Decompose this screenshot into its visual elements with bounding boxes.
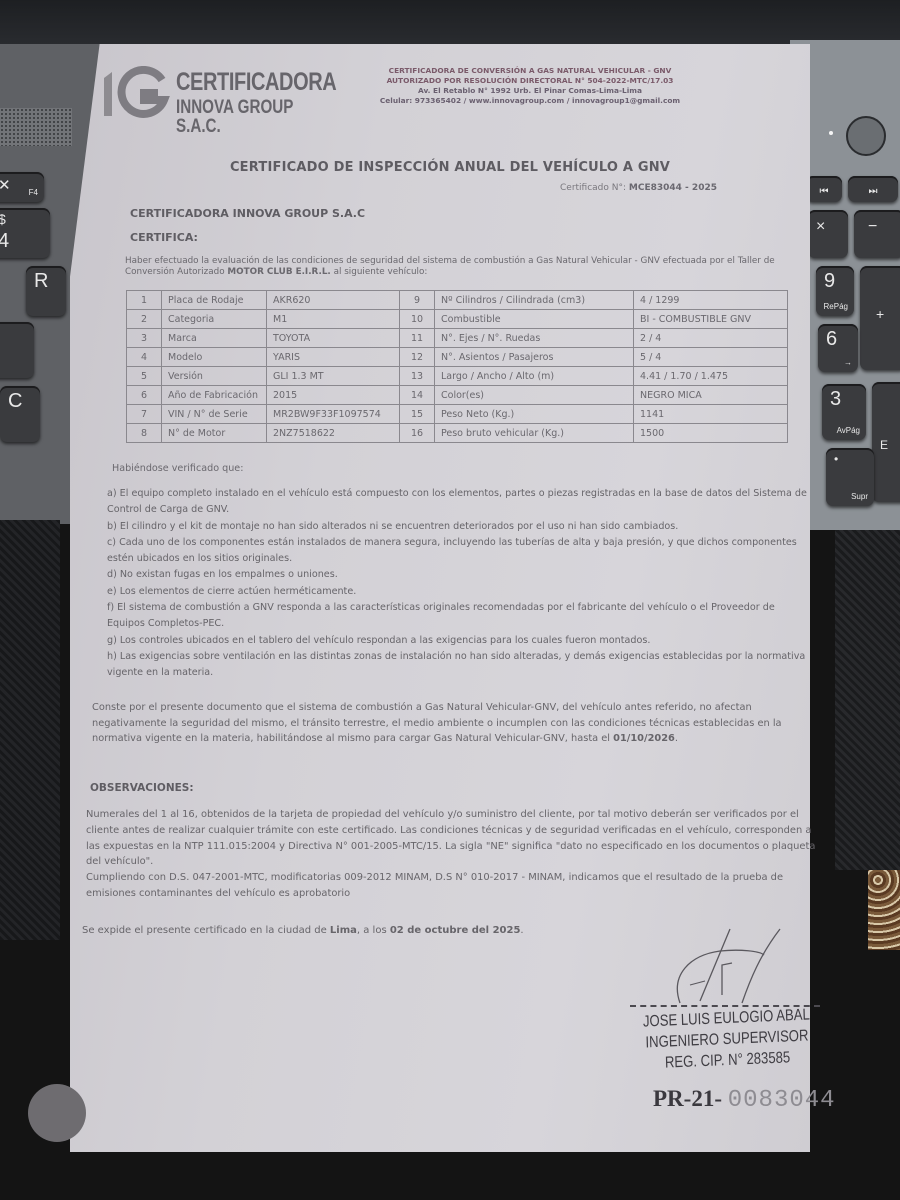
field-label: Color(es) [435, 386, 634, 405]
row-number: 9 [400, 291, 435, 310]
header-address: Av. El Retablo N° 1992 Urb. El Pinar Com… [360, 86, 700, 96]
table-row: 1Placa de RodajeAKR6209Nº Cilindros / Ci… [127, 291, 788, 310]
certifica-heading: CERTIFICA: [130, 231, 198, 244]
table-row: 6Año de Fabricación201514Color(es)NEGRO … [127, 386, 788, 405]
verification-lead: Habiéndose verificado que: [112, 463, 243, 474]
serial-value: 0083044 [728, 1087, 836, 1114]
key-label: • [834, 452, 838, 466]
company-logo: CERTIFICADORA INNOVA GROUP S.A.C. [100, 66, 290, 120]
verification-item: b) El cilindro y el kit de montaje no ha… [107, 519, 807, 535]
key-r: R [26, 266, 66, 316]
field-label: Marca [162, 329, 267, 348]
serial-prefix: PR-21- [653, 1086, 722, 1111]
field-label: Año de Fabricación [162, 386, 267, 405]
key-3: 3 AvPág [822, 384, 866, 440]
row-number: 8 [127, 424, 162, 443]
field-value: 2015 [267, 386, 400, 405]
key-sublabel: Supr [851, 492, 868, 501]
verification-item: d) No existan fugas en los empalmes o un… [107, 567, 807, 583]
carbon-surface [0, 520, 60, 940]
field-value: GLI 1.3 MT [267, 367, 400, 386]
serial-number: PR-21- 0083044 [653, 1086, 836, 1114]
row-number: 16 [400, 424, 435, 443]
field-value: NEGRO MICA [634, 386, 788, 405]
row-number: 2 [127, 310, 162, 329]
key-c: C [0, 386, 40, 442]
table-row: 3MarcaTOYOTA11N°. Ejes / N°. Ruedas2 / 4 [127, 329, 788, 348]
field-value: 2 / 4 [634, 329, 788, 348]
issue-statement: Se expide el presente certificado en la … [82, 925, 524, 936]
row-number: 11 [400, 329, 435, 348]
key-multiply: × [808, 210, 848, 258]
field-label: Versión [162, 367, 267, 386]
intro-text: Haber efectuado la evaluación de las con… [125, 256, 775, 277]
field-value: M1 [267, 310, 400, 329]
issue-city: Lima [330, 925, 357, 936]
field-value: TOYOTA [267, 329, 400, 348]
observaciones-paragraph: Numerales del 1 al 16, obtenidos de la t… [86, 807, 826, 870]
intro-paragraph: Haber efectuado la evaluación de las con… [125, 256, 785, 278]
lace-fabric [868, 870, 900, 950]
field-label: N°. Asientos / Pasajeros [435, 348, 634, 367]
key-sublabel: RePág [824, 302, 848, 311]
field-value: 1141 [634, 405, 788, 424]
key-delete: • Supr [826, 448, 874, 506]
speaker-grille [0, 108, 72, 146]
field-label: Placa de Rodaje [162, 291, 267, 310]
key-label: R [34, 270, 48, 293]
logo-wordmark: CERTIFICADORA INNOVA GROUP S.A.C. [176, 70, 336, 136]
issue-text: Se expide el presente certificado en la … [82, 925, 330, 936]
status-led [829, 131, 833, 135]
key-label: − [868, 218, 877, 236]
signature-scribble [660, 925, 790, 1005]
verification-item: f) El sistema de combustión a GNV respon… [107, 600, 807, 633]
field-label: Nº Cilindros / Cilindrada (cm3) [435, 291, 634, 310]
issue-text: , a los [357, 925, 390, 936]
certificate-number: Certificado N°: MCE83044 - 2025 [560, 183, 717, 193]
key-label: 6 [826, 328, 837, 351]
field-value: BI - COMBUSTIBLE GNV [634, 310, 788, 329]
key-sublabel: AvPág [837, 426, 860, 435]
row-number: 15 [400, 405, 435, 424]
key-label: 3 [830, 388, 841, 411]
header-info: CERTIFICADORA DE CONVERSIÓN A GAS NATURA… [360, 66, 700, 106]
verification-item: h) Las exigencias sobre ventilación en l… [107, 649, 807, 682]
ig-logo-icon [100, 66, 170, 120]
verification-item: c) Cada uno de los componentes están ins… [107, 535, 807, 568]
field-value: AKR620 [267, 291, 400, 310]
row-number: 6 [127, 386, 162, 405]
field-label: Combustible [435, 310, 634, 329]
key-6: 6 → [818, 324, 858, 372]
observaciones-heading: OBSERVACIONES: [90, 782, 194, 794]
field-label: VIN / N° de Serie [162, 405, 267, 424]
key-blank [0, 322, 34, 378]
valid-until-date: 01/10/2026 [613, 733, 675, 744]
key-label: 9 [824, 270, 835, 293]
row-number: 7 [127, 405, 162, 424]
key-prev-track: ⏮ [806, 176, 842, 202]
field-value: 2NZ7518622 [267, 424, 400, 443]
field-label: N°. Ejes / N°. Ruedas [435, 329, 634, 348]
intro-text: al siguiente vehículo: [331, 267, 428, 277]
field-value: 5 / 4 [634, 348, 788, 367]
prev-track-icon: ⏮ [806, 186, 842, 197]
row-number: 5 [127, 367, 162, 386]
key-9: 9 RePág [816, 266, 854, 316]
table-row: 5VersiónGLI 1.3 MT13Largo / Ancho / Alto… [127, 367, 788, 386]
conste-end: . [675, 733, 678, 744]
key-label: $ [0, 211, 6, 227]
field-value: MR2BW9F33F1097574 [267, 405, 400, 424]
conste-paragraph: Conste por el presente documento que el … [92, 700, 810, 747]
table-row: 4ModeloYARIS12N°. Asientos / Pasajeros5 … [127, 348, 788, 367]
verification-list: a) El equipo completo instalado en el ve… [107, 486, 807, 682]
certificate-number-value: MCE83044 - 2025 [629, 183, 717, 193]
carbon-surface [835, 530, 900, 870]
laptop-screen-bezel [0, 0, 900, 48]
field-value: 1500 [634, 424, 788, 443]
row-number: 14 [400, 386, 435, 405]
document-title: CERTIFICADO DE INSPECCIÓN ANUAL DEL VEHÍ… [160, 160, 740, 175]
row-number: 12 [400, 348, 435, 367]
field-label: N° de Motor [162, 424, 267, 443]
key-label: + [876, 306, 884, 322]
logo-line-1: CERTIFICADORA [176, 70, 336, 95]
row-number: 1 [127, 291, 162, 310]
field-value: YARIS [267, 348, 400, 367]
next-track-icon: ⏭ [848, 186, 898, 197]
header-info-line: CERTIFICADORA DE CONVERSIÓN A GAS NATURA… [360, 66, 700, 76]
verification-item: g) Los controles ubicados en el tablero … [107, 633, 807, 649]
key-label: C [8, 390, 22, 413]
key-f4: ✕ F4 [0, 172, 44, 202]
field-label: Peso bruto vehicular (Kg.) [435, 424, 634, 443]
observaciones-paragraph: Cumpliendo con D.S. 047-2001-MTC, modifi… [86, 870, 826, 902]
row-number: 4 [127, 348, 162, 367]
verification-item: e) Los elementos de cierre actúen hermét… [107, 584, 807, 600]
row-number: 10 [400, 310, 435, 329]
workshop-name: MOTOR CLUB E.I.R.L. [227, 267, 330, 277]
header-contact: Celular: 973365402 / www.innovagroup.com… [360, 96, 700, 106]
verification-item: a) El equipo completo instalado en el ve… [107, 486, 807, 519]
arrow-right-icon: → [844, 358, 852, 367]
field-label: Largo / Ancho / Alto (m) [435, 367, 634, 386]
key-4: $ 4 [0, 208, 50, 258]
key-label: E [880, 438, 888, 452]
field-label: Categoria [162, 310, 267, 329]
key-label: × [816, 218, 825, 236]
key-minus: − [854, 210, 900, 258]
table-row: 2CategoriaM110CombustibleBI - COMBUSTIBL… [127, 310, 788, 329]
key-enter: E [872, 382, 900, 502]
row-number: 13 [400, 367, 435, 386]
punch-hole [28, 1084, 86, 1142]
key-next-track: ⏭ [848, 176, 898, 202]
logo-line-2: INNOVA GROUP S.A.C. [176, 98, 336, 136]
table-row: 7VIN / N° de SerieMR2BW9F33F109757415Pes… [127, 405, 788, 424]
field-label: Peso Neto (Kg.) [435, 405, 634, 424]
key-label: 4 [0, 230, 9, 253]
certificate-number-label: Certificado N°: [560, 183, 626, 193]
company-name: CERTIFICADORA INNOVA GROUP S.A.C [130, 207, 365, 220]
field-value: 4.41 / 1.70 / 1.475 [634, 367, 788, 386]
key-label: ✕ [0, 176, 11, 194]
row-number: 3 [127, 329, 162, 348]
header-info-line: AUTORIZADO POR RESOLUCIÓN DIRECTORAL N° … [360, 76, 700, 86]
observaciones-text: Numerales del 1 al 16, obtenidos de la t… [86, 807, 826, 902]
issue-date: 02 de octubre del 2025 [390, 925, 521, 936]
signature-stamp: JOSE LUIS EULOGIO ABAL INGENIERO SUPERVI… [632, 1004, 822, 1075]
table-row: 8N° de Motor2NZ751862216Peso bruto vehic… [127, 424, 788, 443]
field-value: 4 / 1299 [634, 291, 788, 310]
key-sublabel: F4 [29, 188, 38, 197]
conste-text: Conste por el presente documento que el … [92, 702, 782, 744]
field-label: Modelo [162, 348, 267, 367]
vehicle-data-table: 1Placa de RodajeAKR6209Nº Cilindros / Ci… [126, 290, 788, 443]
power-button [846, 116, 886, 156]
issue-text: . [520, 925, 523, 936]
key-plus: + [860, 266, 900, 370]
